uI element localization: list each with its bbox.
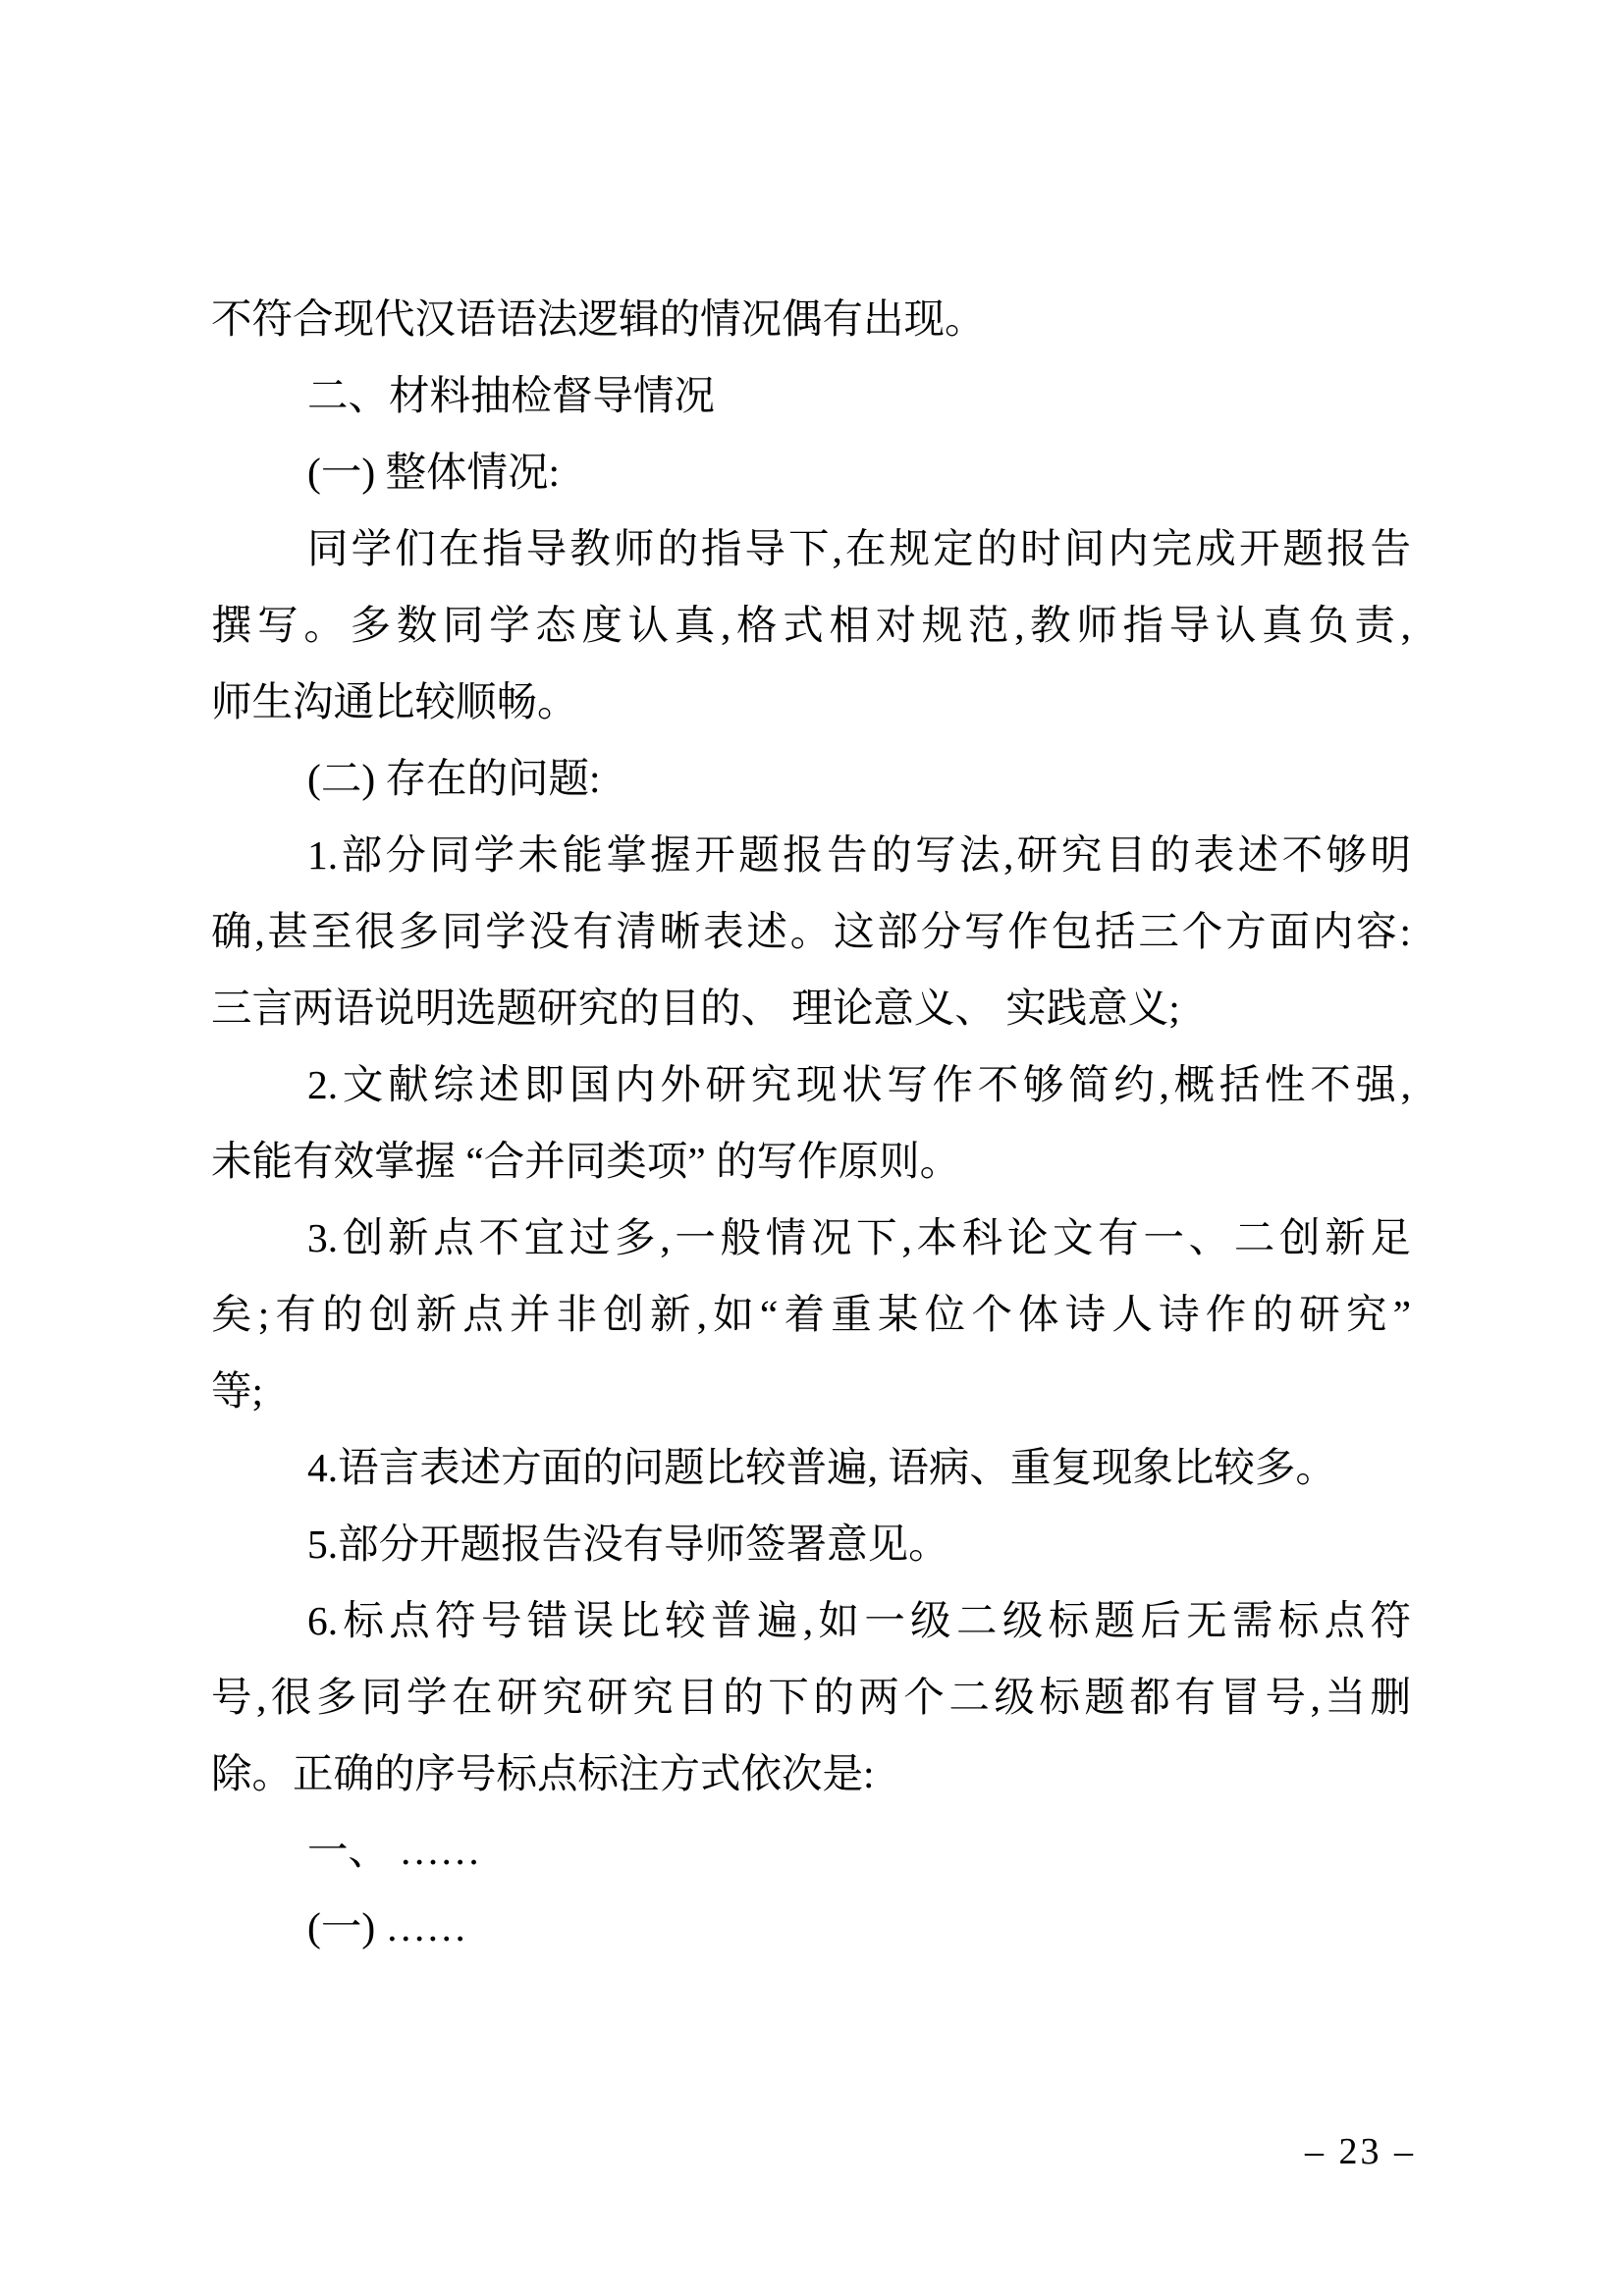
document-body: 不符合现代汉语语法逻辑的情况偶有出现。 二、材料抽检督导情况 (一) 整体情况:… <box>211 281 1411 1965</box>
text-line: (一) …… <box>211 1889 1411 1965</box>
subsection-heading: (二) 存在的问题: <box>211 740 1411 817</box>
text-line: 三言两语说明选题研究的目的、 理论意义、 实践意义; <box>211 970 1411 1046</box>
text-line: 师生沟通比较顺畅。 <box>211 664 1411 740</box>
text-line: 等; <box>211 1353 1411 1429</box>
text-line: 2.文献综述即国内外研究现状写作不够简约,概括性不强, <box>211 1046 1411 1123</box>
text-line: 6.标点符号错误比较普遍,如一级二级标题后无需标点符 <box>211 1582 1411 1659</box>
text-line: 不符合现代汉语语法逻辑的情况偶有出现。 <box>211 281 1411 357</box>
text-line: 1.部分同学未能掌握开题报告的写法,研究目的表述不够明 <box>211 817 1411 893</box>
text-line: 同学们在指导教师的指导下,在规定的时间内完成开题报告 <box>211 510 1411 587</box>
text-line: 号,很多同学在研究研究目的下的两个二级标题都有冒号,当删 <box>211 1659 1411 1735</box>
text-line: 矣;有的创新点并非创新,如“着重某位个体诗人诗作的研究” <box>211 1276 1411 1353</box>
text-line: 一、 …… <box>211 1812 1411 1889</box>
text-line: 4.语言表述方面的问题比较普遍, 语病、重复现象比较多。 <box>211 1429 1411 1506</box>
section-heading: 二、材料抽检督导情况 <box>211 357 1411 434</box>
text-line: 5.部分开题报告没有导师签署意见。 <box>211 1506 1411 1582</box>
text-line: 确,甚至很多同学没有清晰表述。这部分写作包括三个方面内容: <box>211 893 1411 970</box>
subsection-heading: (一) 整体情况: <box>211 434 1411 510</box>
text-line: 未能有效掌握 “合并同类项” 的写作原则。 <box>211 1123 1411 1200</box>
text-line: 3.创新点不宜过多,一般情况下,本科论文有一、二创新足 <box>211 1200 1411 1276</box>
text-line: 撰写。多数同学态度认真,格式相对规范,教师指导认真负责, <box>211 587 1411 664</box>
page-number: – 23 – <box>1305 2130 1416 2173</box>
document-page: 不符合现代汉语语法逻辑的情况偶有出现。 二、材料抽检督导情况 (一) 整体情况:… <box>0 0 1624 2296</box>
text-line: 除。正确的序号标点标注方式依次是: <box>211 1735 1411 1812</box>
